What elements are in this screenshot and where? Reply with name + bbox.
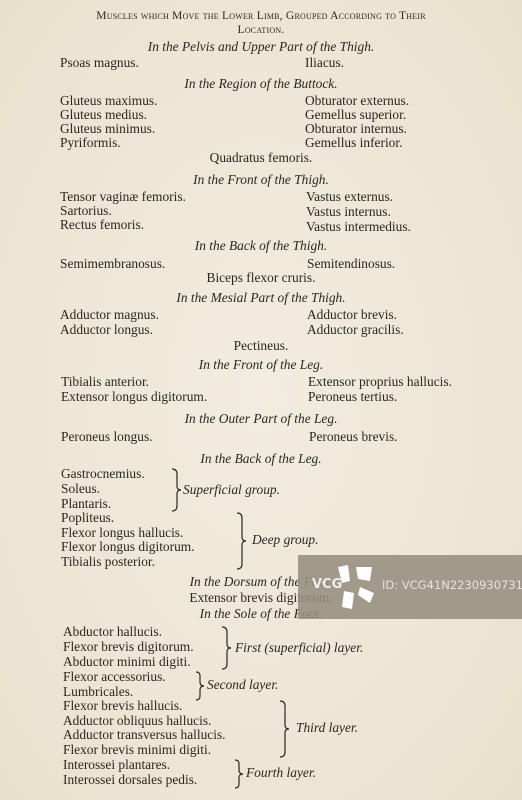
muscle-item: Interossei plantares. <box>63 758 170 772</box>
muscle-item: Adductor magnus. <box>60 308 159 322</box>
muscle-item-center: Biceps flexor cruris. <box>0 271 522 285</box>
group-label: Fourth layer. <box>246 766 316 780</box>
group-label: Deep group. <box>252 533 318 547</box>
muscle-item: Tensor vaginæ femoris. <box>60 190 186 204</box>
muscle-item: Gemellus inferior. <box>305 136 402 150</box>
section-heading-buttock: In the Region of the Buttock. <box>0 77 522 91</box>
muscle-item: Sartorius. <box>60 204 112 218</box>
group-label: Third layer. <box>296 721 358 735</box>
muscle-item: Adductor obliquus hallucis. <box>63 714 211 728</box>
muscle-item-center: Pectineus. <box>0 339 522 353</box>
muscle-item: Adductor gracilis. <box>307 323 404 337</box>
muscle-item: Gluteus medius. <box>60 108 147 122</box>
muscle-item: Psoas magnus. <box>60 56 139 70</box>
group-label: First (superficial) layer. <box>235 641 363 655</box>
muscle-item: Adductor brevis. <box>307 308 397 322</box>
muscle-item-center: Quadratus femoris. <box>0 151 522 165</box>
muscle-item: Flexor longus digitorum. <box>61 540 195 554</box>
section-heading-pelvis: In the Pelvis and Upper Part of the Thig… <box>0 40 522 54</box>
brace-icon <box>194 671 206 701</box>
muscle-item: Interossei dorsales pedis. <box>63 773 197 787</box>
muscle-item: Vastus intermedius. <box>306 220 411 234</box>
section-heading-front-thigh: In the Front of the Thigh. <box>0 173 522 187</box>
watermark-logo-text: VCG <box>312 577 342 592</box>
book-page: Muscles which Move the Lower Limb, Group… <box>0 0 522 800</box>
section-heading-back-leg: In the Back of the Leg. <box>0 452 522 466</box>
muscle-item: Gluteus minimus. <box>60 122 155 136</box>
watermark-id: ID: VCG41N2230930731 <box>382 578 522 592</box>
muscle-item: Pyriformis. <box>60 136 121 150</box>
muscle-item: Flexor longus hallucis. <box>61 526 183 540</box>
muscle-item: Flexor brevis minimi digiti. <box>63 743 211 757</box>
muscle-item: Peroneus tertius. <box>308 390 397 404</box>
brace-icon <box>233 759 245 789</box>
muscle-item: Adductor transversus hallucis. <box>63 728 226 742</box>
muscle-item: Flexor brevis hallucis. <box>63 699 182 713</box>
muscle-item: Obturator internus. <box>305 122 407 136</box>
brace-icon <box>235 512 249 570</box>
page-title: Muscles which Move the Lower Limb, Group… <box>0 9 522 23</box>
section-heading-back-thigh: In the Back of the Thigh. <box>0 239 522 253</box>
brace-icon <box>220 626 234 670</box>
watermark-banner: VCG ID: VCG41N2230930731 <box>298 555 522 619</box>
muscle-item: Gemellus superior. <box>305 108 406 122</box>
muscle-item: Abductor hallucis. <box>63 625 162 639</box>
page-title-line2: Location. <box>0 23 522 37</box>
muscle-item: Lumbricales. <box>63 685 133 699</box>
muscle-item: Tibialis posterior. <box>61 555 155 569</box>
section-heading-front-leg: In the Front of the Leg. <box>0 358 522 372</box>
muscle-item: Abductor minimi digiti. <box>63 655 191 669</box>
muscle-item: Adductor longus. <box>60 323 153 337</box>
muscle-item: Popliteus. <box>61 511 114 525</box>
muscle-item: Vastus internus. <box>306 205 391 219</box>
muscle-item: Flexor brevis digitorum. <box>63 640 194 654</box>
muscle-item: Iliacus. <box>305 56 344 70</box>
muscle-item: Gluteus maximus. <box>60 94 157 108</box>
muscle-item: Obturator externus. <box>305 94 409 108</box>
muscle-item: Gastrocnemius. <box>61 467 145 481</box>
muscle-item: Vastus externus. <box>306 190 393 204</box>
muscle-item: Peroneus longus. <box>61 430 153 444</box>
muscle-item: Semitendinosus. <box>307 257 395 271</box>
brace-icon <box>170 468 184 512</box>
muscle-item: Plantaris. <box>61 497 111 511</box>
muscle-item: Rectus femoris. <box>60 218 144 232</box>
section-heading-outer-leg: In the Outer Part of the Leg. <box>0 412 522 426</box>
muscle-item: Tibialis anterior. <box>61 375 149 389</box>
section-heading-mesial-thigh: In the Mesial Part of the Thigh. <box>0 291 522 305</box>
group-label: Superficial group. <box>183 483 280 497</box>
muscle-item: Peroneus brevis. <box>309 430 398 444</box>
muscle-item: Flexor accessorius. <box>63 670 166 684</box>
muscle-item: Soleus. <box>61 482 100 496</box>
muscle-item: Extensor proprius hallucis. <box>308 375 452 389</box>
group-label: Second layer. <box>207 678 278 692</box>
brace-icon <box>278 700 292 758</box>
muscle-item: Extensor longus digitorum. <box>61 390 207 404</box>
muscle-item: Semimembranosus. <box>60 257 165 271</box>
